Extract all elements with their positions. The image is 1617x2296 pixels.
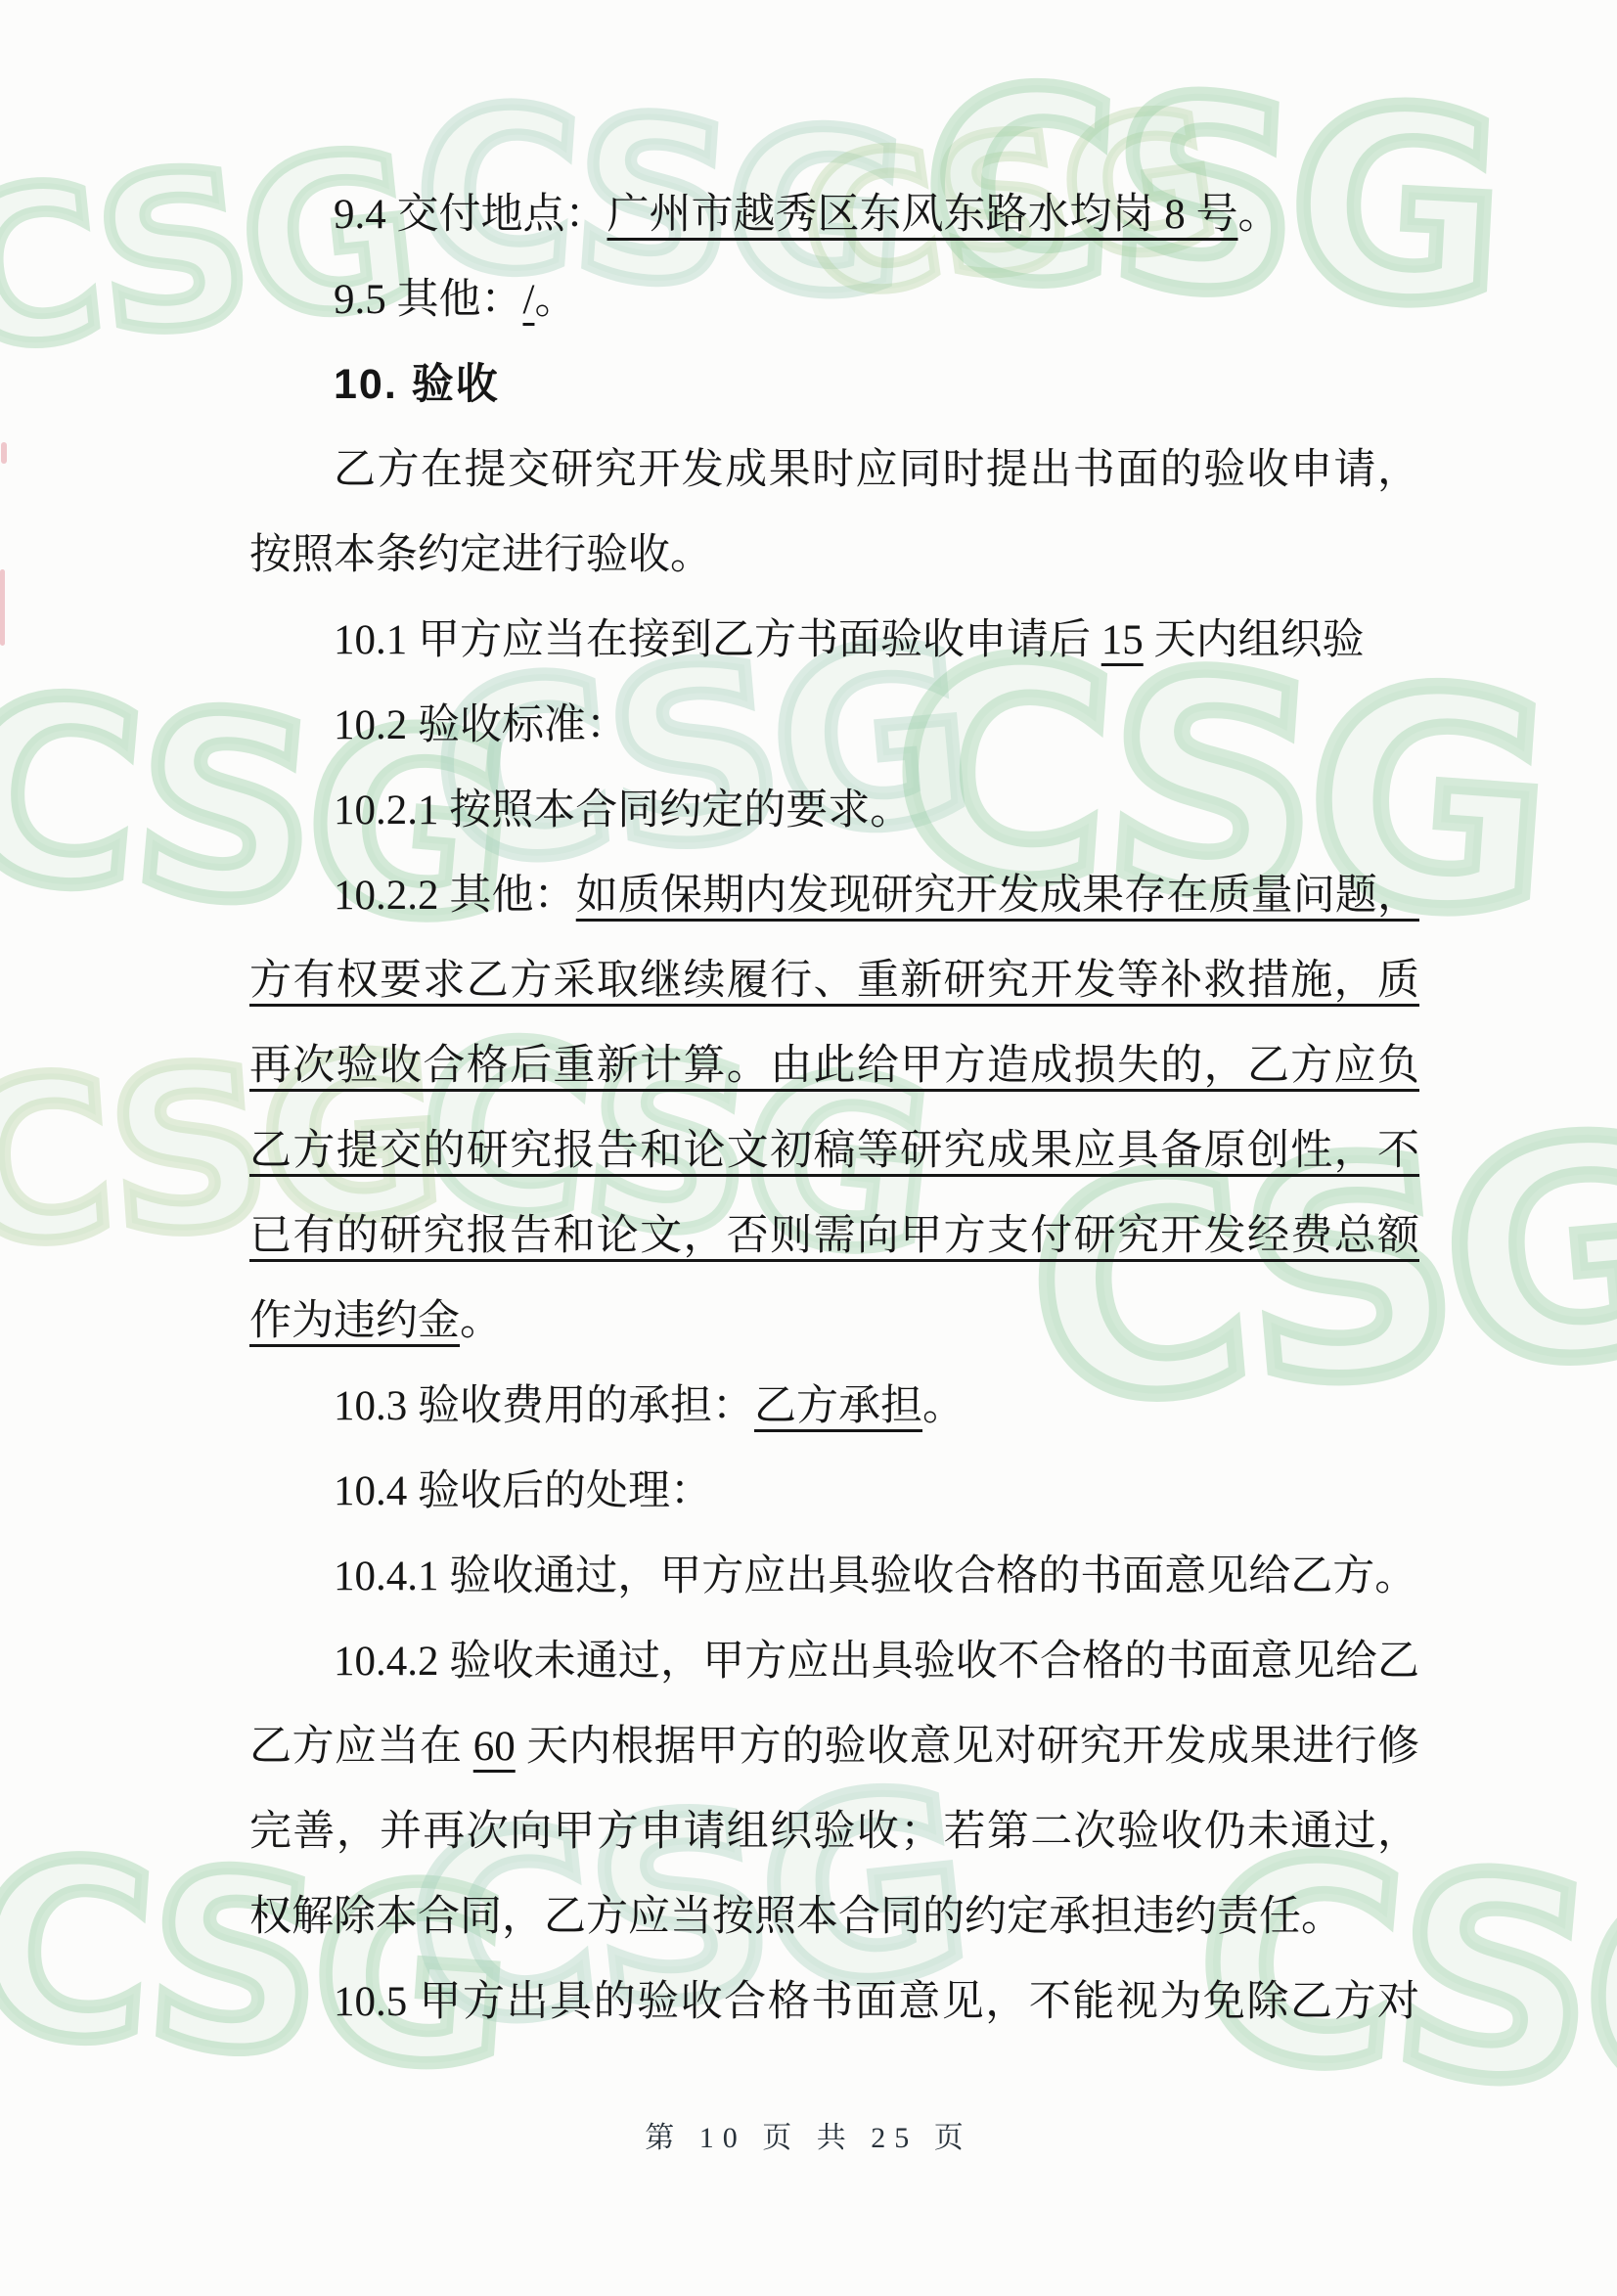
text-run: 权解除本合同，乙方应当按照本合同的约定承担违约责任。 [249, 1894, 1343, 1940]
text-line: 方有权要求乙方采取继续履行、重新研究开发等补救措施，质保期自 [249, 938, 1419, 1023]
text-run: 10. 验收 [334, 361, 500, 408]
text-run: 9.4 交付地点： [334, 192, 607, 238]
text-run: 10.2 验收标准： [334, 702, 628, 748]
contract-page: CSGCSGCSGCSGCSGCSGCSGCSGCSGCSGCSGCSGCSG … [0, 0, 1617, 2296]
text-run: 10.4 验收后的处理： [334, 1468, 712, 1514]
text-line: 已有的研究报告和论文，否则需向甲方支付研究开发经费总额的 20% [249, 1193, 1419, 1279]
underlined-text: 乙方提交的研究报告和论文初稿等研究成果应具备原创性，不得抄袭 [249, 1128, 1419, 1193]
underlined-text: 15 [1101, 617, 1144, 663]
text-run: 10.2.2 其他： [334, 873, 576, 919]
text-line: 10.2.2 其他：如质保期内发现研究开发成果存在质量问题，甲 [249, 853, 1419, 938]
section-heading: 10. 验收 [249, 342, 1419, 428]
text-run: 10.2.1 按照本合同约定的要求。 [334, 788, 912, 833]
text-line: 10.5 甲方出具的验收合格书面意见，不能视为免除乙方对研究开 [249, 1959, 1419, 2045]
text-run: 。 [534, 277, 576, 323]
underlined-text: 60 [473, 1724, 516, 1770]
page-number: 第 10 页 共 25 页 [0, 2113, 1617, 2156]
text-run: 。 [1238, 192, 1280, 238]
document-body: 9.4 交付地点：广州市越秀区东风东路水均岗 8 号。9.5 其他：/。10. … [249, 172, 1419, 2045]
underlined-text: 乙方承担 [754, 1383, 922, 1429]
text-line: 作为违约金。 [249, 1279, 1419, 1364]
underlined-text: / [523, 277, 535, 323]
underlined-text: 再次验收合格后重新计算。由此给甲方造成损失的，乙方应负责赔偿。 [249, 1043, 1419, 1108]
text-line: 乙方在提交研究开发成果时应同时提出书面的验收申请，甲方应 [249, 428, 1419, 513]
underlined-text: 广州市越秀区东风东路水均岗 8 号 [607, 192, 1238, 238]
text-run: 10.1 甲方应当在接到乙方书面验收申请后 [334, 617, 1101, 663]
text-run: 10.5 甲方出具的验收合格书面意见，不能视为免除乙方对研究开 [249, 1979, 1419, 2045]
text-line: 9.4 交付地点：广州市越秀区东风东路水均岗 8 号。 [249, 172, 1419, 257]
text-run: 完善，并再次向甲方申请组织验收；若第二次验收仍未通过，甲方有 [249, 1809, 1419, 1874]
text-line: 乙方提交的研究报告和论文初稿等研究成果应具备原创性，不得抄袭 [249, 1108, 1419, 1193]
scan-artifact [0, 569, 5, 646]
text-run: 乙方应当在 [249, 1724, 473, 1770]
text-run: 9.5 其他： [334, 277, 523, 323]
text-line: 9.5 其他：/。 [249, 257, 1419, 342]
underlined-text: 已有的研究报告和论文，否则需向甲方支付研究开发经费总额的 20% [249, 1213, 1419, 1279]
text-run: 10.3 验收费用的承担： [334, 1383, 754, 1429]
text-line: 10.4.1 验收通过，甲方应出具验收合格的书面意见给乙方。 [249, 1534, 1419, 1619]
text-run: 10.4.2 验收未通过，甲方应出具验收不合格的书面意见给乙方。 [249, 1639, 1419, 1704]
text-line: 10.3 验收费用的承担：乙方承担。 [249, 1364, 1419, 1449]
text-line: 10.4 验收后的处理： [249, 1449, 1419, 1534]
text-run: 10.4.1 验收通过，甲方应出具验收合格的书面意见给乙方。 [334, 1553, 1416, 1599]
text-run: 按照本条约定进行验收。 [249, 532, 712, 578]
text-line: 再次验收合格后重新计算。由此给甲方造成损失的，乙方应负责赔偿。 [249, 1023, 1419, 1108]
text-run: 。 [460, 1298, 502, 1344]
underlined-text: 方有权要求乙方采取继续履行、重新研究开发等补救措施，质保期自 [249, 958, 1419, 1023]
text-line: 10.4.2 验收未通过，甲方应出具验收不合格的书面意见给乙方。 [249, 1619, 1419, 1704]
text-run: 乙方在提交研究开发成果时应同时提出书面的验收申请，甲方应 [249, 447, 1419, 513]
text-line: 10.1 甲方应当在接到乙方书面验收申请后 15 天内组织验收。 [249, 598, 1419, 683]
underlined-text: 作为违约金 [249, 1298, 460, 1344]
text-run: 。 [922, 1383, 965, 1429]
text-line: 乙方应当在 60 天内根据甲方的验收意见对研究开发成果进行修改和 [249, 1704, 1419, 1789]
text-line: 按照本条约定进行验收。 [249, 513, 1419, 598]
text-line: 10.2.1 按照本合同约定的要求。 [249, 768, 1419, 853]
text-line: 完善，并再次向甲方申请组织验收；若第二次验收仍未通过，甲方有 [249, 1789, 1419, 1874]
text-line: 10.2 验收标准： [249, 683, 1419, 768]
scan-artifact [1, 442, 7, 464]
text-line: 权解除本合同，乙方应当按照本合同的约定承担违约责任。 [249, 1874, 1419, 1959]
